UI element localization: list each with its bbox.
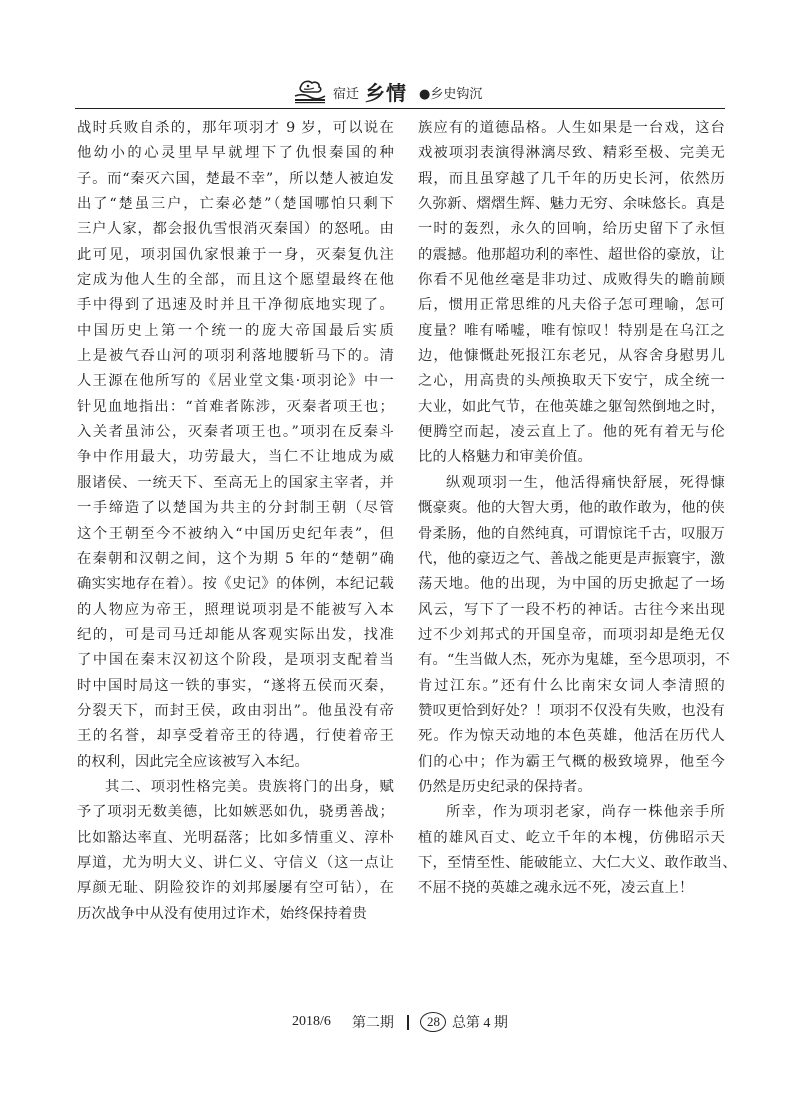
text-line: 比如豁达率直、光明磊落；比如多情重义、淳朴 <box>77 826 394 851</box>
text-line: 的震撼。他那超功利的率性、超世俗的豪放，让 <box>418 243 725 268</box>
issue-number: 第二期 <box>352 1016 394 1031</box>
brand-title: 乡情 <box>365 82 407 104</box>
text-line: 代，他的豪迈之气、善战之能更是声振寰宇，激 <box>418 547 725 572</box>
text-line: 战时兵败自杀的，那年项羽才 9 岁，可以说在 <box>77 116 394 141</box>
text-line: 了中国在秦末汉初这个阶段，是项羽支配着当 <box>77 648 394 673</box>
text-line: 人王源在他所写的《居业堂文集·项羽论》中一 <box>77 369 394 394</box>
text-line: 予了项羽无数美德，比如嫉恶如仇，骁勇善战； <box>77 800 394 825</box>
text-line: 风云，写下了一段不朽的神话。古往今来出现 <box>418 598 725 623</box>
text-line: 厚道，尤为明大义、讲仁义、守信义（这一点让 <box>77 851 394 876</box>
text-line: 所幸，作为项羽老家，尚存一株他亲手所 <box>418 800 725 825</box>
issue-date: 2018/6 <box>292 1014 331 1029</box>
masthead: 宿迁 乡情 ●乡史钩沉 <box>293 80 482 104</box>
page-header: 宿迁 乡情 ●乡史钩沉 <box>75 76 725 109</box>
text-line: 厚颜无耻、阴险狡诈的刘邦屡屡有空可钻），在 <box>77 876 394 901</box>
text-line: 的权利，因此完全应该被写入本纪。 <box>77 750 394 775</box>
text-line: 他幼小的心灵里早早就埋下了仇恨秦国的种 <box>77 141 394 166</box>
text-line: 服诸侯、一统天下、至高无上的国家主宰者，并 <box>77 471 394 496</box>
text-line: 子。而“秦灭六国，楚最不幸”，所以楚人被迫发 <box>77 167 394 192</box>
text-line: 有。“生当做人杰，死亦为鬼雄，至今思项羽，不 <box>418 648 725 673</box>
text-line: 一手缔造了以楚国为共主的分封制王朝（尽管 <box>77 496 394 521</box>
text-line: 历次战争中从没有使用过诈术，始终保持着贵 <box>77 902 394 927</box>
text-line: 上是被气吞山河的项羽利落地腰斩马下的。清 <box>77 344 394 369</box>
text-line: 定成为他人生的全部，而且这个愿望最终在他 <box>77 268 394 293</box>
text-line: 骨柔肠，他的自然纯真，可谓惊诧千古，叹服万 <box>418 522 725 547</box>
text-line: 纵观项羽一生，他活得痛快舒展，死得慷 <box>418 471 725 496</box>
page-footer: 2018/6 第二期 28 总第 4 期 <box>0 1012 800 1032</box>
text-line: 边，他慷慨赴死报江东老兄，从容舍身慰男儿 <box>418 344 725 369</box>
text-line: 死。作为惊天动地的本色英雄，他活在历代人 <box>418 724 725 749</box>
text-line: 瑕，而且虽穿越了几千年的历史长河，依然历 <box>418 167 725 192</box>
bullet-icon: ● <box>419 87 430 102</box>
text-line: 的人物应为帝王，照理说项羽是不能被写入本 <box>77 598 394 623</box>
text-line: 此可见，项羽国仇家恨兼于一身，灭秦复仇注 <box>77 243 394 268</box>
text-line: 族应有的道德品格。人生如果是一台戏，这台 <box>418 116 725 141</box>
text-line: 确实实地存在着）。按《史记》的体例，本纪记载 <box>77 572 394 597</box>
text-line: 你看不见他丝毫是非功过、成败得失的瞻前顾 <box>418 268 725 293</box>
text-line: 们的心中；作为霸王气概的极致境界，他至今 <box>418 750 725 775</box>
text-line: 赞叹更恰到好处？！项羽不仅没有失败，也没有 <box>418 699 725 724</box>
article-column-right: 族应有的道德品格。人生如果是一台戏，这台戏被项羽表演得淋漓尽致、精彩至极、完美无… <box>418 116 725 902</box>
text-line: 手中得到了迅速及时并且干净彻底地实现了。 <box>77 293 394 318</box>
text-line: 比的人格魅力和审美价值。 <box>418 445 725 470</box>
text-line: 下，至情至性、能破能立、大仁大义、敢作敢当、 <box>418 851 725 876</box>
footer-divider <box>407 1015 409 1030</box>
text-line: 仍然是历史纪录的保持者。 <box>418 775 725 800</box>
text-line: 中国历史上第一个统一的庞大帝国最后实质 <box>77 319 394 344</box>
text-line: 纪的，可是司马迁却能从客观实际出发，找准 <box>77 623 394 648</box>
text-line: 慨豪爽。他的大智大勇，他的敢作敢为，他的侠 <box>418 496 725 521</box>
total-issue: 总第 4 期 <box>452 1016 508 1031</box>
text-line: 不屈不挠的英雄之魂永远不死，凌云直上！ <box>418 876 725 901</box>
text-line: 针见血地指出：“首难者陈涉，灭秦者项王也； <box>77 395 394 420</box>
text-line: 便腾空而起，凌云直上了。他的死有着无与伦 <box>418 420 725 445</box>
text-line: 之心，用高贵的头颅换取天下安宁，成全统一 <box>418 369 725 394</box>
text-line: 久弥新、熠熠生辉、魅力无穷、余味悠长。真是 <box>418 192 725 217</box>
text-line: 大业，如此气节，在他英雄之躯訇然倒地之时， <box>418 395 725 420</box>
text-line: 在秦朝和汉朝之间，这个为期 5 年的“楚朝”确 <box>77 547 394 572</box>
text-line: 后，惯用正常思维的凡夫俗子怎可理喻，怎可 <box>418 293 725 318</box>
text-line: 一时的轰烈，永久的回响，给历史留下了永恒 <box>418 217 725 242</box>
text-line: 其二、项羽性格完美。贵族将门的出身，赋 <box>77 775 394 800</box>
brand-city: 宿迁 <box>333 83 359 102</box>
text-line: 争中作用最大，功劳最大，当仁不让地成为威 <box>77 445 394 470</box>
text-line: 荡天地。他的出现，为中国的历史掀起了一场 <box>418 572 725 597</box>
text-line: 戏被项羽表演得淋漓尽致、精彩至极、完美无 <box>418 141 725 166</box>
page-number: 28 <box>420 1012 446 1032</box>
dragon-logo-icon <box>293 80 327 104</box>
text-line: 出了“楚虽三户，亡秦必楚”（楚国哪怕只剩下 <box>77 192 394 217</box>
text-line: 这个王朝至今不被纳入“中国历史纪年表”，但 <box>77 522 394 547</box>
article-column-left: 战时兵败自杀的，那年项羽才 9 岁，可以说在他幼小的心灵里早早就埋下了仇恨秦国的… <box>77 116 394 927</box>
section-title: ●乡史钩沉 <box>419 83 482 102</box>
text-line: 时中国时局这一铁的事实，“遂将五侯而灭秦， <box>77 674 394 699</box>
section-label: 乡史钩沉 <box>430 87 482 102</box>
text-line: 肯过江东。”还有什么比南宋女词人李清照的 <box>418 674 725 699</box>
text-line: 王的名誉，却享受着帝王的待遇，行使着帝王 <box>77 724 394 749</box>
text-line: 过不少刘邦式的开国皇帝，而项羽却是绝无仅 <box>418 623 725 648</box>
text-line: 入关者虽沛公，灭秦者项王也。”项羽在反秦斗 <box>77 420 394 445</box>
text-line: 三户人家，都会报仇雪恨消灭秦国）的怒吼。由 <box>77 217 394 242</box>
text-line: 分裂天下，而封王侯，政由羽出”。他虽没有帝 <box>77 699 394 724</box>
text-line: 度量？唯有唏嘘，唯有惊叹！特别是在乌江之 <box>418 319 725 344</box>
text-line: 植的雄风百丈、屹立千年的本槐，仿佛昭示天 <box>418 826 725 851</box>
